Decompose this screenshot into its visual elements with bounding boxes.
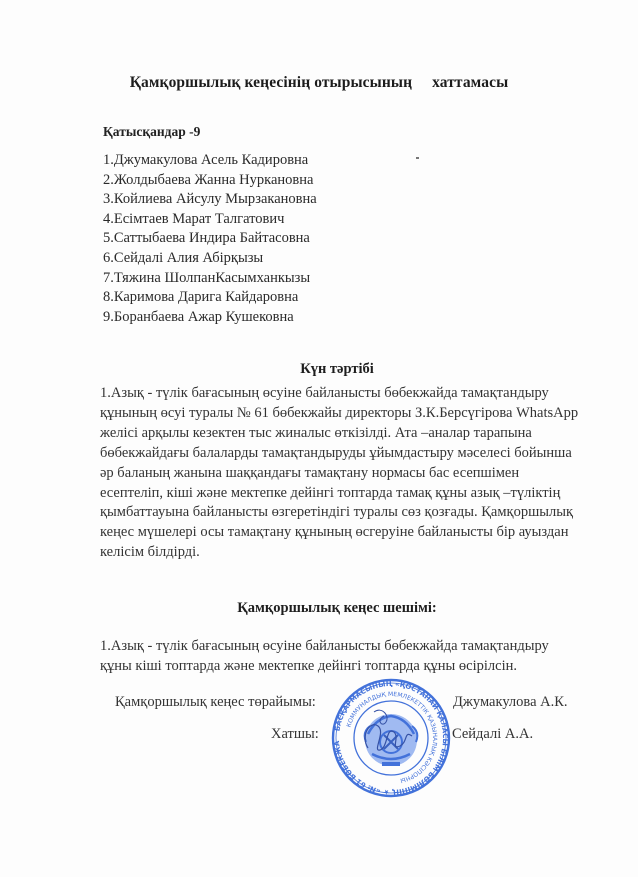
chair-name: Джумакулова А.К. [453,694,568,711]
agenda-line: 1.Азық - түлік бағасының өсуіне байланыс… [100,384,600,404]
agenda-paragraph: 1.Азық - түлік бағасының өсуіне байланыс… [100,384,600,563]
participant-item: 3.Койлиева Айсулу Мырзакановна [103,190,317,210]
participant-item: 5.Саттыбаева Индира Байтасовна [103,229,317,249]
agenda-line: бөбекжайдағы балаларды тамақтандыруды ұй… [100,444,600,464]
agenda-line: келісім білдірді. [100,543,600,563]
decision-line: 1.Азық - түлік бағасының өсуіне байланыс… [100,636,600,656]
decision-heading: Қамқоршылық кеңес шешімі: [18,600,638,617]
agenda-line: есептеліп, кіші және мектепке дейінгі то… [100,484,600,504]
title-part-2: хаттамасы [412,74,508,91]
participant-item: 6.Сейдалі Алия Абірқызы [103,249,317,269]
participant-item: 8.Каримова Дарига Кайдаровна [103,288,317,308]
title-part-1: Қамқоршылық кеңесінің отырысының [130,74,412,91]
decision-line: құны кіші топтарда және мектепке дейінгі… [100,656,600,676]
official-stamp: БАСҚАРМАСЫНЫҢ «ҚОСТАНАЙ ҚАЛАСЫ БІЛІМ БӨЛ… [330,676,452,800]
stamp-seal-icon: БАСҚАРМАСЫНЫҢ «ҚОСТАНАЙ ҚАЛАСЫ БІЛІМ БӨЛ… [330,676,452,800]
participants-heading: Қатысқандар -9 [103,124,200,140]
participant-item: 1.Джумакулова Асель Кадировна [103,151,317,171]
participant-item: 7.Тяжина ШолпанКасымханкызы [103,269,317,289]
participants-list: 1.Джумакулова Асель Кадировна 2.Жолдыбае… [103,151,317,327]
chair-label: Қамқоршылық кеңес төрайымы: [115,694,316,711]
agenda-heading: Күн тәртібі [18,361,638,378]
agenda-line: желісі арқылы кезектен тыс жиналыс өткіз… [100,424,600,444]
agenda-line: құнының өсуі туралы № 61 бөбекжайы дирек… [100,404,600,424]
agenda-line: әр баланың жанына шаққандағы тамақтану н… [100,464,600,484]
secretary-name: Сейдалі А.А. [452,726,533,743]
participant-item: 2.Жолдыбаева Жанна Нуркановна [103,171,317,191]
agenda-line: қымбаттауына байланысты өзгеретіндігі ту… [100,503,600,523]
document-title: Қамқоршылық кеңесінің отырысыныңхаттамас… [0,74,638,92]
participant-item: 4.Есімтаев Марат Талгатович [103,210,317,230]
decision-paragraph: 1.Азық - түлік бағасының өсуіне байланыс… [100,636,600,676]
document-page: Қамқоршылық кеңесінің отырысыныңхаттамас… [0,0,638,877]
secretary-label: Хатшы: [271,726,319,743]
agenda-line: кеңес мүшелері осы тамақтану құнының өсг… [100,523,600,543]
participant-item: 9.Боранбаева Ажар Кушековна [103,308,317,328]
scan-dot-mark [416,157,419,159]
